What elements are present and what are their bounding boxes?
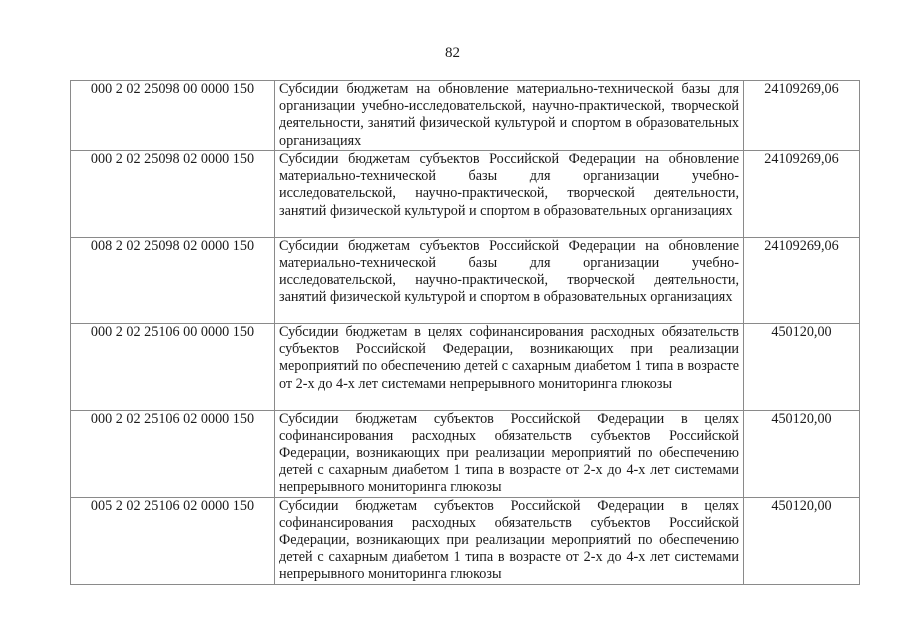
budget-code-cell: 000 2 02 25098 00 0000 150	[71, 81, 275, 151]
table-row: 000 2 02 25106 00 0000 150 Субсидии бюдж…	[71, 324, 860, 411]
table-row: 005 2 02 25106 02 0000 150 Субсидии бюдж…	[71, 497, 860, 584]
page-number: 82	[0, 44, 905, 62]
table-row: 000 2 02 25098 02 0000 150 Субсидии бюдж…	[71, 151, 860, 238]
table-row: 000 2 02 25106 02 0000 150 Субсидии бюдж…	[71, 410, 860, 497]
description-cell: Субсидии бюджетам субъектов Российской Ф…	[275, 410, 744, 497]
budget-code-cell: 000 2 02 25106 02 0000 150	[71, 410, 275, 497]
budget-code-cell: 005 2 02 25106 02 0000 150	[71, 497, 275, 584]
description-cell: Субсидии бюджетам в целях софинансирован…	[275, 324, 744, 411]
amount-cell: 450120,00	[744, 497, 860, 584]
budget-code-cell: 008 2 02 25098 02 0000 150	[71, 237, 275, 324]
amount-cell: 24109269,06	[744, 237, 860, 324]
amount-cell: 450120,00	[744, 324, 860, 411]
budget-code-cell: 000 2 02 25098 02 0000 150	[71, 151, 275, 238]
amount-cell: 450120,00	[744, 410, 860, 497]
amount-cell: 24109269,06	[744, 151, 860, 238]
description-cell: Субсидии бюджетам субъектов Российской Ф…	[275, 237, 744, 324]
description-cell: Субсидии бюджетам на обновление материал…	[275, 81, 744, 151]
table-row: 008 2 02 25098 02 0000 150 Субсидии бюдж…	[71, 237, 860, 324]
budget-revenue-table: 000 2 02 25098 00 0000 150 Субсидии бюдж…	[70, 80, 860, 585]
amount-cell: 24109269,06	[744, 81, 860, 151]
budget-code-cell: 000 2 02 25106 00 0000 150	[71, 324, 275, 411]
description-cell: Субсидии бюджетам субъектов Российской Ф…	[275, 497, 744, 584]
description-cell: Субсидии бюджетам субъектов Российской Ф…	[275, 151, 744, 238]
table-row: 000 2 02 25098 00 0000 150 Субсидии бюдж…	[71, 81, 860, 151]
